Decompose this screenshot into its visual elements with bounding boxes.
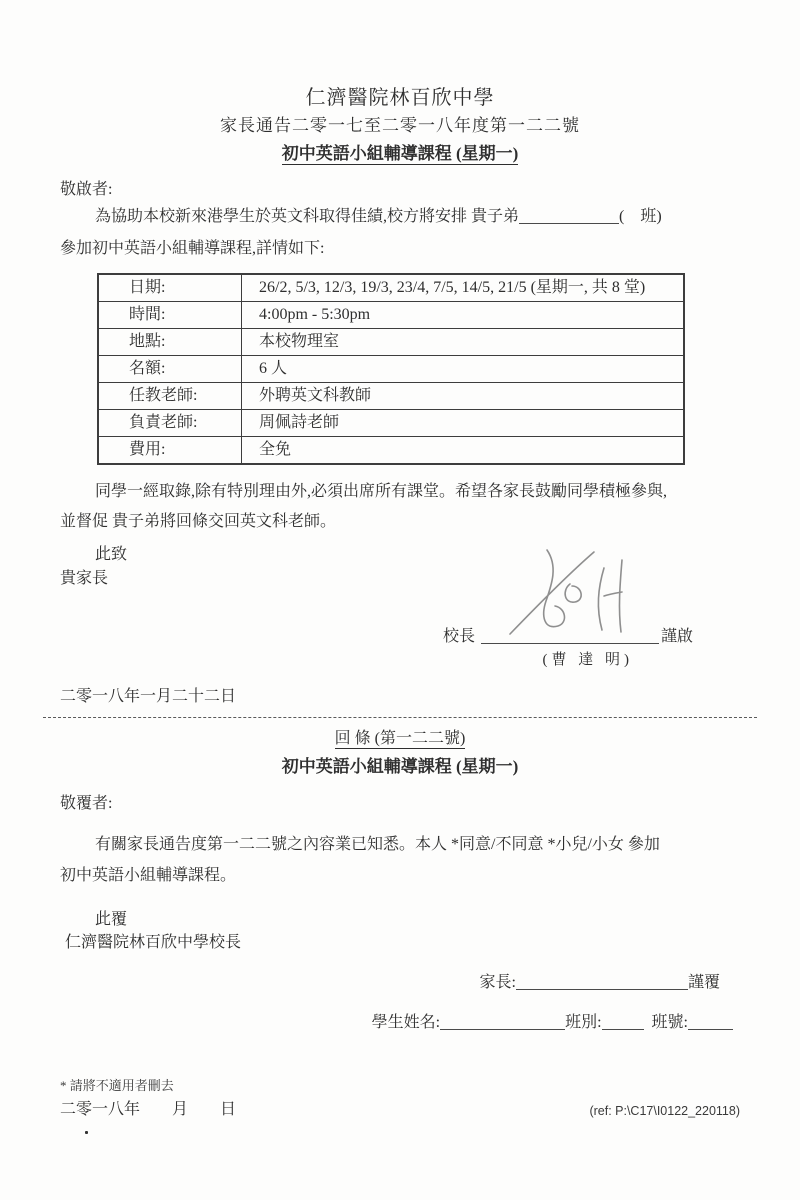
class-label: 班別: [565, 1014, 601, 1031]
tear-off-dashed-line [43, 717, 757, 718]
bottom-row: 二零一八年 月 日 (ref: P:\C17\I0122_220118) [60, 1099, 740, 1121]
school-name: 仁濟醫院林百欣中學 [60, 84, 740, 112]
course-title-text: 初中英語小組輔導課程 (星期一) [282, 144, 519, 165]
principal-name: (曹 達 明) [60, 650, 740, 670]
class-no-blank [688, 1016, 733, 1030]
scanned-notice-page: 仁濟醫院林百欣中學 家長通告二零一七至二零一八年度第一二二號 初中英語小組輔導課… [0, 0, 800, 1200]
paragraph1-line1-text: 為協助本校新來港學生於英文科取得佳績,校方將安排 貴子弟 [95, 208, 519, 225]
row-label: 任教老師: [99, 383, 242, 409]
paragraph1-line2: 參加初中英語小組輔導課程,詳情如下: [60, 233, 740, 265]
reply-slip-course-title-text: 初中英語小組輔導課程 (星期一) [282, 757, 519, 776]
table-row-venue: 地點: 本校物理室 [99, 329, 683, 356]
principal-label: 校長 [443, 628, 475, 645]
parent-closing-label: 謹覆 [688, 974, 720, 991]
student-info-row: 學生姓名:班別:班號: [60, 1011, 740, 1035]
reply-slip-title: 回 條 (第一二二號) [60, 728, 740, 750]
row-label: 地點: [99, 329, 242, 355]
row-label: 時間: [99, 302, 242, 328]
row-value: 6 人 [242, 356, 683, 382]
table-row-fee: 費用: 全免 [99, 437, 683, 463]
reply-slip-course-title: 初中英語小組輔導課程 (星期一) [60, 755, 740, 779]
class-no-label: 班號: [652, 1014, 688, 1031]
reply-paragraph-line2: 初中英語小組輔導課程。 [60, 860, 740, 891]
paragraph1-line1: 為協助本校新來港學生於英文科取得佳績,校方將安排 貴子弟( 班) [60, 201, 740, 233]
row-label: 名額: [99, 356, 242, 382]
table-row-time: 時間: 4:00pm - 5:30pm [99, 302, 683, 329]
table-row-teacher-in-charge: 負責老師: 周佩詩老師 [99, 410, 683, 437]
signature-block: 校長謹啟 [60, 624, 740, 650]
row-label: 費用: [99, 437, 242, 463]
student-name-label: 學生姓名: [372, 1014, 440, 1031]
row-value: 4:00pm - 5:30pm [242, 302, 683, 328]
reply-paragraph-line1: 有關家長通告度第一二二號之內容業已知悉。本人 *同意/不同意 *小兒/小女 參加 [60, 829, 740, 860]
notice-date: 二零一八年一月二十二日 [60, 686, 740, 708]
course-title: 初中英語小組輔導課程 (星期一) [60, 140, 740, 167]
row-label: 負責老師: [99, 410, 242, 436]
delete-inapplicable-footnote: * 請將不適用者刪去 [60, 1077, 740, 1095]
parent-signature-blank [516, 976, 688, 990]
reply-to-principal: 仁濟醫院林百欣中學校長 [60, 931, 740, 955]
reply-slip-title-text: 回 條 (第一二二號) [335, 730, 466, 749]
table-row-teaching-teacher: 任教老師: 外聘英文科教師 [99, 383, 683, 410]
class-blank [602, 1016, 644, 1030]
row-value: 全免 [242, 437, 683, 463]
row-value: 本校物理室 [242, 329, 683, 355]
row-value: 外聘英文科教師 [242, 383, 683, 409]
closing-label: 謹啟 [661, 628, 693, 645]
cifu-label: 此覆 [60, 909, 740, 931]
paragraph2-line1: 同學一經取錄,除有特別理由外,必須出席所有課堂。希望各家長鼓勵同學積極參與, [60, 477, 740, 507]
paragraph1-line1-class: ( 班) [619, 208, 662, 225]
course-details-table: 日期: 26/2, 5/3, 12/3, 19/3, 23/4, 7/5, 14… [97, 273, 685, 465]
row-value: 26/2, 5/3, 12/3, 19/3, 23/4, 7/5, 14/5, … [242, 275, 683, 301]
table-row-quota: 名額: 6 人 [99, 356, 683, 383]
salutation: 敬啟者: [60, 179, 740, 201]
table-row-date: 日期: 26/2, 5/3, 12/3, 19/3, 23/4, 7/5, 14… [99, 275, 683, 302]
file-reference: (ref: P:\C17\I0122_220118) [589, 1101, 740, 1121]
student-name-blank [440, 1016, 565, 1030]
reply-salutation: 敬覆者: [60, 793, 740, 815]
notice-number-line: 家長通告二零一七至二零一八年度第一二二號 [60, 112, 740, 140]
parent-signature-row: 家長:謹覆 [60, 971, 740, 995]
row-value: 周佩詩老師 [242, 410, 683, 436]
child-name-blank [519, 210, 619, 224]
scan-artifact-dot [85, 1131, 88, 1134]
reply-date-blank: 二零一八年 月 日 [60, 1099, 236, 1121]
parent-label: 家長: [480, 974, 516, 991]
row-label: 日期: [99, 275, 242, 301]
principal-signature-handwriting [492, 546, 662, 641]
paragraph2-line2: 並督促 貴子弟將回條交回英文科老師。 [60, 507, 740, 537]
